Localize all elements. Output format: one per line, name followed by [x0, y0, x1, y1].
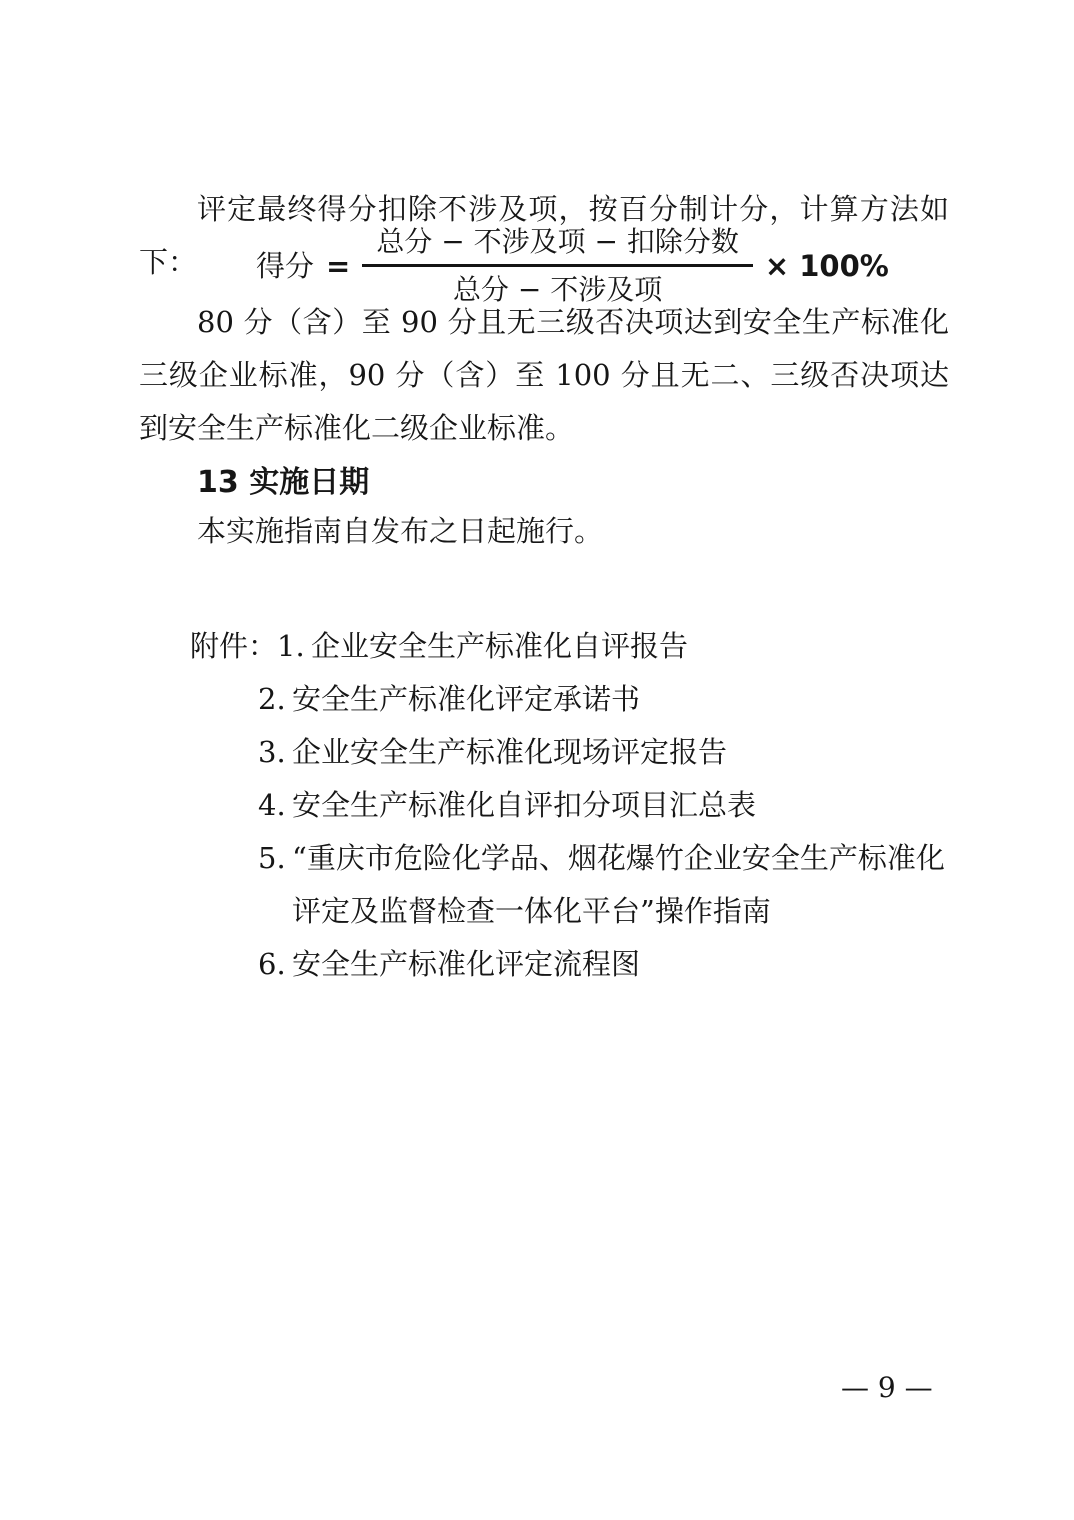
- implementation-paragraph: 本实施指南自发布之日起施行。: [139, 505, 949, 558]
- attachment-row: 附件： 1. 企业安全生产标准化自评报告: [190, 620, 987, 673]
- attachment-row: 3. 企业安全生产标准化现场评定报告: [190, 726, 987, 779]
- attachment-title: 安全生产标准化自评扣分项目汇总表: [292, 779, 968, 832]
- attachment-row: 5. “重庆市危险化学品、烟花爆竹企业安全生产标准化评定及监督检查一体化平台”操…: [190, 832, 987, 938]
- formula-lhs: 得分: [256, 252, 314, 281]
- attachments-label: 附件：: [190, 620, 277, 673]
- score-formula: 得分 = 总分 − 不涉及项 − 扣除分数 总分 − 不涉及项 × 100%: [256, 226, 889, 306]
- attachment-row: 6. 安全生产标准化评定流程图: [190, 938, 987, 991]
- attachment-title: “重庆市危险化学品、烟花爆竹企业安全生产标准化评定及监督检查一体化平台”操作指南: [292, 832, 968, 938]
- formula-multiplier: × 100%: [765, 252, 889, 281]
- equals-sign: =: [326, 252, 350, 281]
- attachment-number: 3.: [258, 726, 292, 779]
- attachment-number: 6.: [258, 938, 292, 991]
- attachments-list: 附件： 1. 企业安全生产标准化自评报告 2. 安全生产标准化评定承诺书 3. …: [190, 620, 987, 991]
- page-number: — 9 —: [841, 1372, 933, 1404]
- fraction-numerator: 总分 − 不涉及项 − 扣除分数: [362, 226, 753, 264]
- attachment-title: 安全生产标准化评定流程图: [292, 938, 968, 991]
- attachment-title: 企业安全生产标准化自评报告: [311, 620, 987, 673]
- fraction: 总分 − 不涉及项 − 扣除分数 总分 − 不涉及项: [362, 226, 753, 306]
- attachment-title: 安全生产标准化评定承诺书: [292, 673, 968, 726]
- document-page: 评定最终得分扣除不涉及项，按百分制计分，计算方法如下： 得分 = 总分 − 不涉…: [0, 0, 1074, 1520]
- attachment-title: 企业安全生产标准化现场评定报告: [292, 726, 968, 779]
- attachment-row: 4. 安全生产标准化自评扣分项目汇总表: [190, 779, 987, 832]
- attachment-number: 2.: [258, 673, 292, 726]
- attachment-number: 4.: [258, 779, 292, 832]
- score-paragraph: 80 分（含）至 90 分且无三级否决项达到安全生产标准化三级企业标准，90 分…: [139, 296, 949, 455]
- attachment-row: 2. 安全生产标准化评定承诺书: [190, 673, 987, 726]
- attachment-number: 1.: [277, 620, 311, 673]
- section-heading: 13 实施日期: [139, 456, 369, 509]
- attachment-number: 5.: [258, 832, 292, 885]
